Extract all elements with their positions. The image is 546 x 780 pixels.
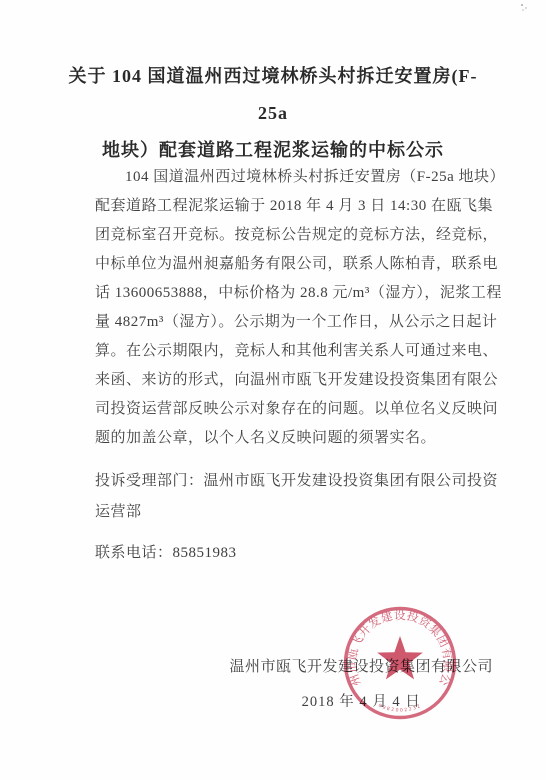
complaint-section: 投诉受理部门：温州市瓯飞开发建设投资集团有限公司投资 运营部 [95, 466, 493, 528]
body-line: 司投资运营部反映公示对象存在的问题。以单位名义反映问 [95, 395, 493, 424]
signature-date: 2018 年 4 月 4 日 [229, 690, 493, 711]
document-page: 关于 104 国道温州西过境林桥头村拆迁安置房(F-25a 地块）配套道路工程泥… [0, 0, 546, 780]
body-line: 104 国道温州西过境林桥头村拆迁安置房（F-25a 地块） [95, 163, 493, 192]
body-line: 配套道路工程泥浆运输于 2018 年 4 月 3 日 14:30 在瓯飞集 [95, 192, 493, 221]
contact-phone: 联系电话：85851983 [95, 538, 493, 569]
title-line-1: 关于 104 国道温州西过境林桥头村拆迁安置房(F-25a [60, 58, 486, 132]
body-line: 算。在公示期限内，竞标人和其他利害关系人可通过来电、 [95, 337, 493, 366]
scan-noise-speck [520, 3, 528, 12]
document-title: 关于 104 国道温州西过境林桥头村拆迁安置房(F-25a 地块）配套道路工程泥… [60, 58, 486, 169]
complaint-department-line-2: 运营部 [95, 497, 493, 528]
signature-company: 温州市瓯飞开发建设投资集团有限公司 [229, 655, 493, 679]
body-line: 题的加盖公章，以个人名义反映问题的须署实名。 [95, 424, 493, 453]
complaint-department-line-1: 投诉受理部门：温州市瓯飞开发建设投资集团有限公司投资 [95, 466, 493, 497]
body-paragraph: 104 国道温州西过境林桥头村拆迁安置房（F-25a 地块） 配套道路工程泥浆运… [95, 163, 493, 453]
body-line: 中标单位为温州昶嘉船务有限公司，联系人陈柏青，联系电 [95, 250, 493, 279]
body-line: 话 13600653888，中标价格为 28.8 元/m³（湿方），泥浆工程 [95, 279, 493, 308]
signature-block: 温州市瓯飞开发建设投资集团有限公司 2018 年 4 月 4 日 [229, 655, 493, 711]
body-line: 量 4827m³（湿方）。公示期为一个工作日，从公示之日起计 [95, 308, 493, 337]
body-line: 团竞标室召开竞标。按竞标公告规定的竞标方法，经竞标， [95, 221, 493, 250]
body-line: 来函、来访的形式，向温州市瓯飞开发建设投资集团有限公 [95, 366, 493, 395]
